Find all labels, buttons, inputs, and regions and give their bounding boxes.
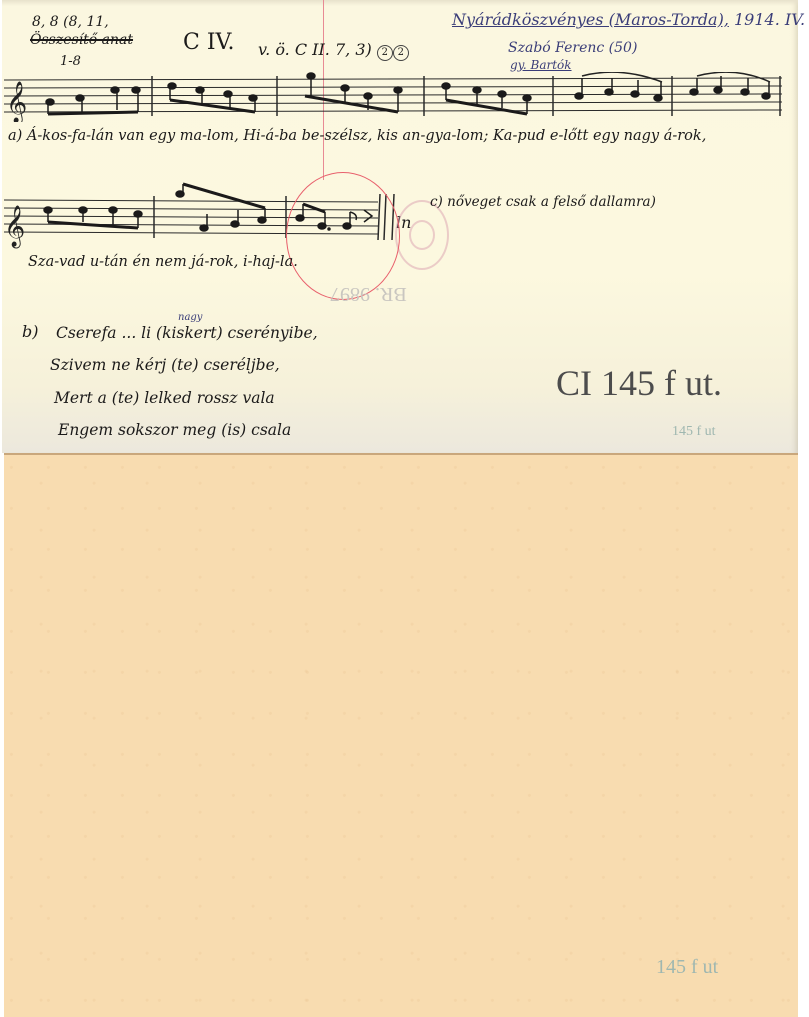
stanza-b-line-2: Szivem ne kérj (te) cseréljbe, — [50, 356, 280, 374]
stanza-b-line-4: Engem sokszor meg (is) csala — [58, 421, 291, 439]
reference-text: v. ö. C II. 7, 3) — [258, 40, 372, 59]
circled-ref: 2 — [393, 45, 409, 61]
location-text: Nyárádköszvényes (Maros-Torda), — [452, 10, 729, 29]
library-stamp — [395, 200, 449, 270]
verse-numbers: 8, 8 (8, 11, — [32, 14, 109, 30]
struck-label: Összesítő anat — [30, 32, 133, 48]
scan-border — [798, 0, 809, 1017]
catalog-faint: 145 f ut — [672, 424, 716, 440]
music-staff-1: 𝄞 — [0, 72, 800, 122]
stanza-a-lyrics-1: a) Á-kos-fa-lán van egy ma-lom, Hi-á-ba … — [8, 128, 706, 144]
collector: gy. Bartók — [510, 58, 572, 72]
stanza-b-line-3: Mert a (te) lelked rossz vala — [54, 389, 275, 407]
catalog-bottom: 145 f ut — [656, 956, 718, 979]
verse-range: 1-8 — [60, 54, 81, 69]
stanza-b-line-1: Cserefa ... li (kiskert) cserényibe, — [56, 324, 318, 342]
red-pencil-circle — [286, 172, 400, 300]
singer: Szabó Ferenc (50) — [508, 40, 637, 56]
stamp-number: BR. 9897 — [330, 282, 407, 305]
circled-ref: 2 — [377, 45, 393, 61]
stanza-a-lyrics-2: Sza-vad u-tán én nem já-rok, i-haj-la. — [28, 254, 298, 270]
treble-clef-icon: 𝄞 — [6, 81, 27, 122]
catalog-number: CI 145 f ut. — [556, 362, 722, 404]
stanza-a-label: a) — [8, 128, 22, 144]
stanza-a-text: Á-kos-fa-lán van egy ma-lom, Hi-á-ba be-… — [27, 128, 706, 144]
classification: C IV. — [183, 30, 235, 55]
manuscript-scan: 8, 8 (8, 11, Összesítő anat 1-8 C IV. v.… — [0, 0, 809, 1017]
backing-paper — [4, 453, 804, 1017]
classification-text: C IV. — [183, 30, 235, 55]
treble-clef-icon: 𝄞 — [4, 205, 25, 248]
note-c: c) nőveget csak a felső dallamra) — [430, 194, 656, 210]
location: Nyárádköszvényes (Maros-Torda), 1914. IV… — [452, 10, 805, 29]
stanza-b-correction: nagy — [178, 312, 202, 323]
stanza-b-label: b) — [22, 322, 38, 341]
reference: v. ö. C II. 7, 3) 22 — [258, 40, 409, 61]
sheet-top-edge — [2, 0, 798, 6]
date-text: 1914. IV. — [734, 10, 805, 29]
